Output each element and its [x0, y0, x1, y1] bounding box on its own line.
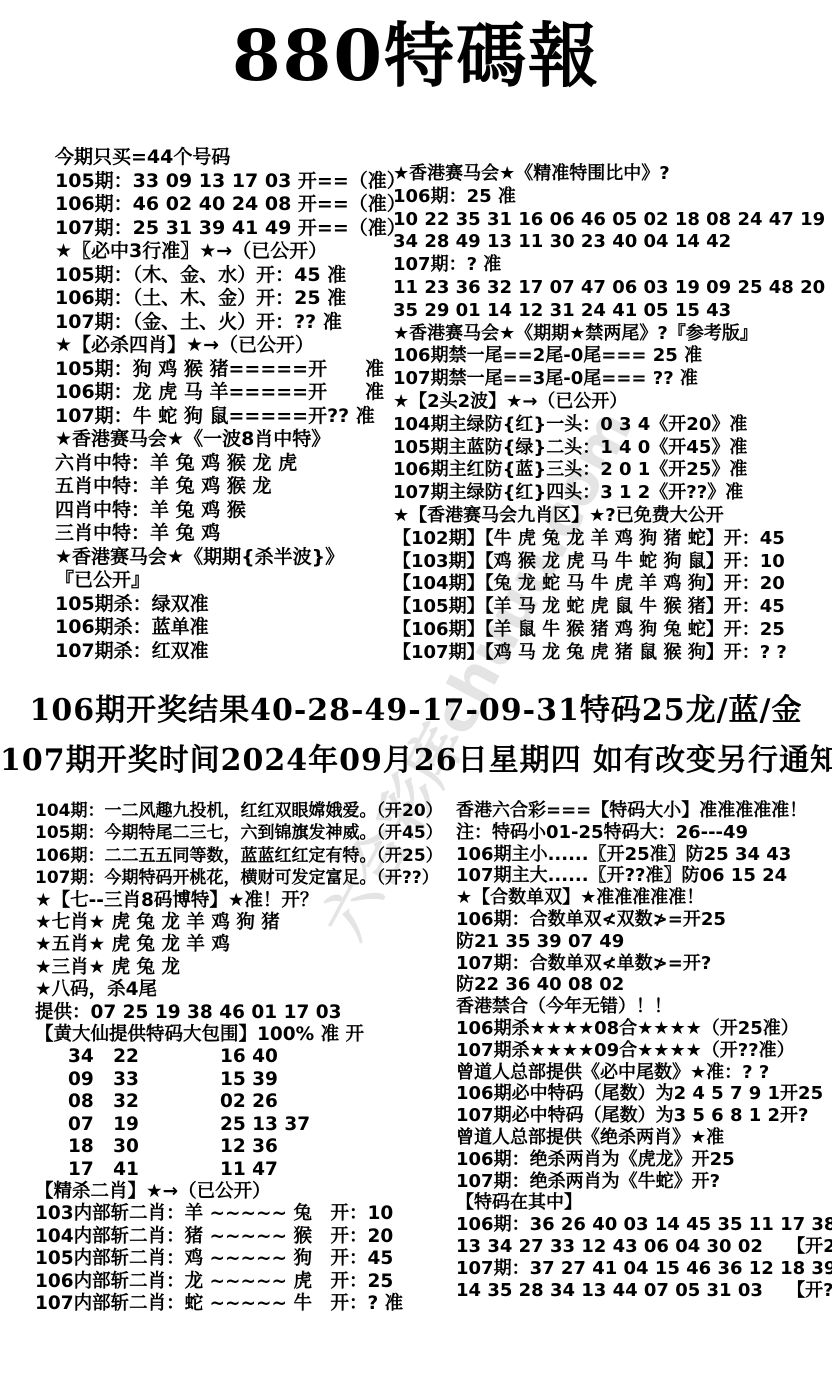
text-line: 105内部斩二肖：鸡 ~~~~~ 狗 开：45 [35, 1248, 455, 1270]
text-line: 107期杀★★★★09合★★★★（开??准） [456, 1040, 832, 1062]
number-table-row: 08 3202 26 [35, 1091, 455, 1113]
poem-line: 104期：一二风趣九投机，红红双眼嫦娥爱。（开20） [35, 800, 455, 822]
text-line: 防22 36 40 08 02 [456, 974, 832, 996]
text-line: 提供：07 25 19 38 46 01 17 03 [35, 1002, 455, 1024]
table-cell: 34 22 [68, 1046, 220, 1068]
section-heading: 曾道人总部提供《必中尾数》★准：? ? [456, 1062, 832, 1084]
text-line: 106期：绝杀两肖为《虎龙》开25 [456, 1149, 832, 1171]
section-heading: ★香港赛马会★《期期★禁两尾》?『参考版』 [393, 323, 829, 346]
result-line: 106期开奖结果40-28-49-17-09-31特码25龙/蓝/金 [0, 686, 832, 736]
number-row: 35 29 01 14 12 31 24 41 05 15 43 [393, 300, 829, 323]
text-line: 五肖中特：羊 兔 鸡 猴 龙 [55, 475, 400, 499]
text-line: 107内部斩二肖：蛇 ~~~~~ 牛 开：? 准 [35, 1293, 455, 1315]
number-table-row: 18 3012 36 [35, 1136, 455, 1158]
section-heading: ★〖必中3行准〗★→（已公开） [55, 240, 400, 264]
text-line: 106期：25 准 [393, 186, 829, 209]
text-line: 105期：33 09 13 17 03 开==（准） [55, 170, 400, 194]
text-line: 107期：牛 蛇 狗 鼠=====开?? 准 [55, 405, 400, 429]
text-line: 104内部斩二肖：猪 ~~~~~ 猴 开：20 [35, 1226, 455, 1248]
text-line: 107期主绿防{红}四头：3 1 2《开??》准 [393, 482, 829, 505]
text-line: 【104期】【兔 龙 蛇 马 牛 虎 羊 鸡 狗】开：20 [393, 573, 829, 596]
section-heading: ★香港赛马会★《精准特围比中》? [393, 163, 829, 186]
number-row: 34 28 49 13 11 30 23 40 04 14 42 [393, 231, 829, 254]
text-line: 106期杀：蓝单准 [55, 616, 400, 640]
text-line: ★五肖★ 虎 兔 龙 羊 鸡 [35, 934, 455, 956]
table-cell: 02 26 [220, 1091, 278, 1112]
text-line: 107期：合数单双≮单数≯=开? [456, 953, 832, 975]
text-line: 106期：46 02 40 24 08 开==（准） [55, 193, 400, 217]
text-line: 107期禁一尾==3尾-0尾=== ?? 准 [393, 368, 829, 391]
text-line: 106期禁一尾==2尾-0尾=== 25 准 [393, 345, 829, 368]
text-line: 【105期】【羊 马 龙 蛇 虎 鼠 牛 猴 猪】开：45 [393, 596, 829, 619]
text-line: ★三肖★ 虎 兔 龙 [35, 957, 455, 979]
table-cell: 09 33 [68, 1069, 220, 1091]
top-right-section: ★香港赛马会★《精准特围比中》? 106期：25 准 10 22 35 31 1… [393, 163, 829, 665]
section-heading: ★香港赛马会★《一波8肖中特》 [55, 428, 400, 452]
section-heading: 曾道人总部提供《绝杀两肖》★准 [456, 1127, 832, 1149]
top-left-section: 今期只买=44个号码 105期：33 09 13 17 03 开==（准） 10… [55, 146, 400, 663]
report-page: 880特碼報 六合彩库chuuu.com 今期只买=44个号码 105期：33 … [0, 0, 832, 1388]
section-heading: 【精杀二肖】★→（已公开） [35, 1181, 455, 1203]
bottom-right-section: 香港六合彩===【特码大小】准准准准准！ 注：特码小01-25特码大：26---… [456, 800, 832, 1301]
text-line: 四肖中特：羊 兔 鸡 猴 [55, 499, 400, 523]
text-line: 107期主大......〖开??准〗防06 15 24 [456, 865, 832, 887]
text-line: 106期：龙 虎 马 羊=====开 准 [55, 381, 400, 405]
table-cell: 16 40 [220, 1046, 278, 1067]
text-line: ★八码，杀4尾 [35, 979, 455, 1001]
number-row: 106期：36 26 40 03 14 45 35 11 17 38 [456, 1214, 832, 1236]
text-line: 106内部斩二肖：龙 ~~~~~ 虎 开：25 [35, 1271, 455, 1293]
text-line: 106期主红防{蓝}三头：2 0 1《开25》准 [393, 459, 829, 482]
text-line: 【107期】【鸡 马 龙 兔 虎 猪 鼠 猴 狗】开：? ? [393, 642, 829, 665]
table-cell: 15 39 [220, 1069, 278, 1090]
section-heading: 【黄大仙提供特码大包围】100% 准 开 [35, 1024, 455, 1046]
section-heading: ★【合数单双】★准准准准准！ [456, 887, 832, 909]
text-line: 『已公开』 [55, 569, 400, 593]
next-draw-line: 107期开奖时间2024年09月26日星期四 如有改变另行通知! [0, 736, 832, 786]
table-cell: 08 32 [68, 1091, 220, 1113]
report-title: 880特碼報 [0, 16, 832, 97]
number-table-row: 09 3315 39 [35, 1069, 455, 1091]
table-cell: 11 47 [220, 1159, 278, 1180]
poem-line: 105期：今期特尾二三七，六到锦旗发神威。（开45） [35, 822, 455, 844]
number-row: 11 23 36 32 17 07 47 06 03 19 09 25 48 2… [393, 277, 829, 300]
text-line: 106期：（土、木、金）开：25 准 [55, 287, 400, 311]
section-heading: 香港六合彩===【特码大小】准准准准准！ [456, 800, 832, 822]
section-heading: ★【七--三肖8码博特】★准！开？ [35, 890, 455, 912]
table-cell: 07 19 [68, 1114, 220, 1136]
section-heading: 【特码在其中】 [456, 1192, 832, 1214]
number-row: 13 34 27 33 12 43 06 04 30 02 【开25】 [456, 1236, 832, 1258]
poem-line: 106期：二二五五同等数，蓝蓝红红定有特。（开25） [35, 845, 455, 867]
text-line: 【106期】【羊 鼠 牛 猴 猪 鸡 狗 兔 蛇】开：25 [393, 619, 829, 642]
text-line: 三肖中特：羊 兔 鸡 [55, 522, 400, 546]
text-line: 105期：（木、金、水）开：45 准 [55, 264, 400, 288]
text-line: 107期：（金、土、火）开：?? 准 [55, 311, 400, 335]
draw-result-banner: 106期开奖结果40-28-49-17-09-31特码25龙/蓝/金 107期开… [0, 686, 832, 786]
number-table-row: 34 2216 40 [35, 1046, 455, 1068]
text-line: 注：特码小01-25特码大：26---49 [456, 822, 832, 844]
text-line: 107期必中特码（尾数）为3 5 6 8 1 2开? [456, 1105, 832, 1127]
text-line: 【103期】【鸡 猴 龙 虎 马 牛 蛇 狗 鼠】开：10 [393, 551, 829, 574]
text-line: 106期杀★★★★08合★★★★（开25准） [456, 1018, 832, 1040]
poem-line: 107期：今期特码开桃花，横财可发定富足。（开??） [35, 867, 455, 889]
text-line: 今期只买=44个号码 [55, 146, 400, 170]
text-line: 【102期】【牛 虎 兔 龙 羊 鸡 狗 猪 蛇】开：45 [393, 528, 829, 551]
section-heading: ★【必杀四肖】★→（已公开） [55, 334, 400, 358]
table-cell: 25 13 37 [220, 1114, 310, 1135]
text-line: 106期必中特码（尾数）为2 4 5 7 9 1开25 [456, 1083, 832, 1105]
text-line: 105期：狗 鸡 猴 猪=====开 准 [55, 358, 400, 382]
number-row: 10 22 35 31 16 06 46 05 02 18 08 24 47 1… [393, 209, 829, 232]
text-line: 107期杀：红双准 [55, 640, 400, 664]
text-line: 防21 35 39 07 49 [456, 931, 832, 953]
bottom-left-section: 104期：一二风趣九投机，红红双眼嫦娥爱。（开20） 105期：今期特尾二三七，… [35, 800, 455, 1315]
text-line: 105期杀：绿双准 [55, 593, 400, 617]
text-line: 106期：合数单双≮双数≯=开25 [456, 909, 832, 931]
table-cell: 12 36 [220, 1136, 278, 1157]
text-line: 106期主小......〖开25准〗防25 34 43 [456, 844, 832, 866]
number-row: 14 35 28 34 13 44 07 05 31 03 【开??】 [456, 1280, 832, 1302]
text-line: 107期：? 准 [393, 254, 829, 277]
section-heading: ★香港赛马会★《期期{杀半波}》 [55, 546, 400, 570]
section-heading: ★【2头2波】★→（已公开） [393, 391, 829, 414]
table-cell: 18 30 [68, 1136, 220, 1158]
table-cell: 17 41 [68, 1159, 220, 1181]
number-table-row: 17 4111 47 [35, 1159, 455, 1181]
text-line: 107期：25 31 39 41 49 开==（准） [55, 217, 400, 241]
text-line: 105期主蓝防{绿}二头：1 4 0《开45》准 [393, 437, 829, 460]
text-line: 103内部斩二肖：羊 ~~~~~ 兔 开：10 [35, 1203, 455, 1225]
text-line: 六肖中特：羊 兔 鸡 猴 龙 虎 [55, 452, 400, 476]
text-line: 107期：绝杀两肖为《牛蛇》开? [456, 1171, 832, 1193]
section-heading: ★【香港赛马会九肖区】★?已免费大公开 [393, 505, 829, 528]
text-line: 104期主绿防{红}一头：0 3 4《开20》准 [393, 414, 829, 437]
number-row: 107期：37 27 41 04 15 46 36 12 18 39 [456, 1258, 832, 1280]
text-line: 香港禁合（今年无错）！！ [456, 996, 832, 1018]
number-table-row: 07 1925 13 37 [35, 1114, 455, 1136]
text-line: ★七肖★ 虎 兔 龙 羊 鸡 狗 猪 [35, 912, 455, 934]
